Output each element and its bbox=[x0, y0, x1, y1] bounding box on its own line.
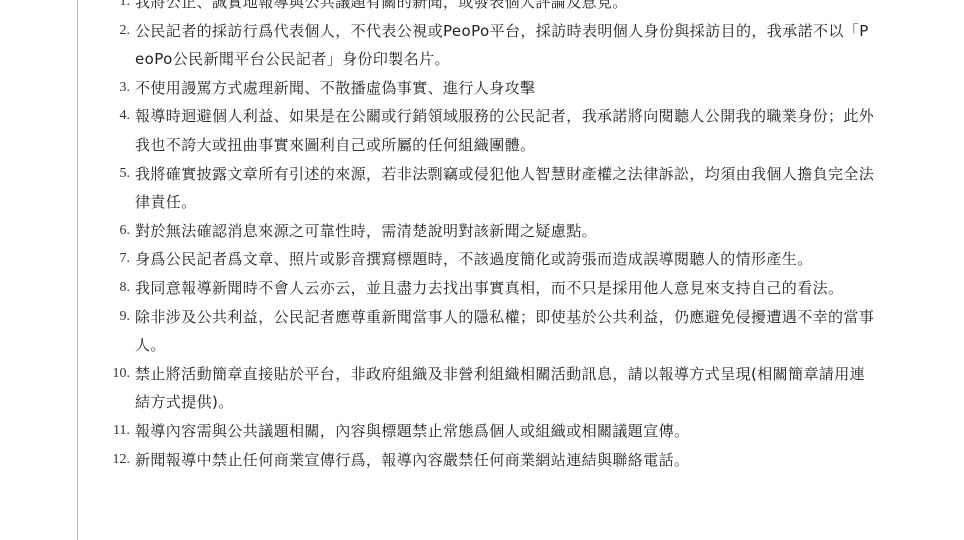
citizen-journalist-rules-list: 1. 我將公正、誠實地報導與公共議題有關的新聞，或發表個人評論及意見。 2. 公… bbox=[96, 0, 876, 474]
rule-text: 身爲公民記者爲文章、照片或影音撰寫標題時，不該過度簡化或誇張而造成誤導閱聽人的情… bbox=[135, 245, 876, 274]
rule-text: 我同意報導新聞時不會人云亦云，並且盡力去找出事實真相，而不只是採用他人意見來支持… bbox=[135, 274, 876, 303]
rule-item-11: 11. 報導內容需與公共議題相關，內容與標題禁止常態爲個人或組織或相關議題宣傳。 bbox=[96, 417, 876, 446]
rule-number: 12. bbox=[96, 446, 130, 475]
rule-number: 9. bbox=[96, 303, 130, 332]
rule-text: 公民記者的採訪行爲代表個人，不代表公視或PeoPo平台，採訪時表明個人身份與採訪… bbox=[135, 17, 876, 74]
rule-item-5: 5. 我將確實披露文章所有引述的來源，若非法剽竊或侵犯他人智慧財產權之法律訴訟，… bbox=[96, 160, 876, 217]
rule-number: 11. bbox=[96, 417, 130, 446]
rule-number: 5. bbox=[96, 160, 130, 189]
document-page: 1. 我將公正、誠實地報導與公共議題有關的新聞，或發表個人評論及意見。 2. 公… bbox=[0, 0, 964, 540]
rule-text: 報導內容需與公共議題相關，內容與標題禁止常態爲個人或組織或相關議題宣傳。 bbox=[135, 417, 876, 446]
rule-item-4: 4. 報導時迴避個人利益、如果是在公關或行銷領域服務的公民記者，我承諾將向閱聽人… bbox=[96, 102, 876, 159]
rule-item-2: 2. 公民記者的採訪行爲代表個人，不代表公視或PeoPo平台，採訪時表明個人身份… bbox=[96, 17, 876, 74]
rule-number: 6. bbox=[96, 217, 130, 246]
rule-text: 不使用謾罵方式處理新聞、不散播虛偽事實、進行人身攻擊 bbox=[135, 74, 876, 103]
rule-item-3: 3. 不使用謾罵方式處理新聞、不散播虛偽事實、進行人身攻擊 bbox=[96, 74, 876, 103]
rule-number: 4. bbox=[96, 102, 130, 131]
rule-number: 8. bbox=[96, 274, 130, 303]
rule-number: 3. bbox=[96, 74, 130, 103]
rule-item-9: 9. 除非涉及公共利益，公民記者應尊重新聞當事人的隱私權；即使基於公共利益，仍應… bbox=[96, 303, 876, 360]
rule-number: 10. bbox=[96, 360, 130, 389]
rule-number: 7. bbox=[96, 245, 130, 274]
rule-item-12: 12. 新聞報導中禁止任何商業宣傳行爲，報導內容嚴禁任何商業網站連結與聯絡電話。 bbox=[96, 446, 876, 475]
rule-item-6: 6. 對於無法確認消息來源之可靠性時，需清楚說明對該新聞之疑慮點。 bbox=[96, 217, 876, 246]
rule-number: 1. bbox=[96, 0, 130, 17]
left-border-line bbox=[77, 0, 78, 540]
rule-text: 我將確實披露文章所有引述的來源，若非法剽竊或侵犯他人智慧財產權之法律訴訟，均須由… bbox=[135, 160, 876, 217]
rule-item-7: 7. 身爲公民記者爲文章、照片或影音撰寫標題時，不該過度簡化或誇張而造成誤導閱聽… bbox=[96, 245, 876, 274]
rule-item-8: 8. 我同意報導新聞時不會人云亦云，並且盡力去找出事實真相，而不只是採用他人意見… bbox=[96, 274, 876, 303]
rule-item-1: 1. 我將公正、誠實地報導與公共議題有關的新聞，或發表個人評論及意見。 bbox=[96, 0, 876, 17]
rule-item-10: 10. 禁止將活動簡章直接貼於平台，非政府組織及非營利組織相關活動訊息，請以報導… bbox=[96, 360, 876, 417]
rule-text: 除非涉及公共利益，公民記者應尊重新聞當事人的隱私權；即使基於公共利益，仍應避免侵… bbox=[135, 303, 876, 360]
rule-text: 禁止將活動簡章直接貼於平台，非政府組織及非營利組織相關活動訊息，請以報導方式呈現… bbox=[135, 360, 876, 417]
rule-text: 對於無法確認消息來源之可靠性時，需清楚說明對該新聞之疑慮點。 bbox=[135, 217, 876, 246]
rule-number: 2. bbox=[96, 17, 130, 46]
rule-text: 新聞報導中禁止任何商業宣傳行爲，報導內容嚴禁任何商業網站連結與聯絡電話。 bbox=[135, 446, 876, 475]
rule-text: 我將公正、誠實地報導與公共議題有關的新聞，或發表個人評論及意見。 bbox=[135, 0, 876, 17]
rule-text: 報導時迴避個人利益、如果是在公關或行銷領域服務的公民記者，我承諾將向閱聽人公開我… bbox=[135, 102, 876, 159]
